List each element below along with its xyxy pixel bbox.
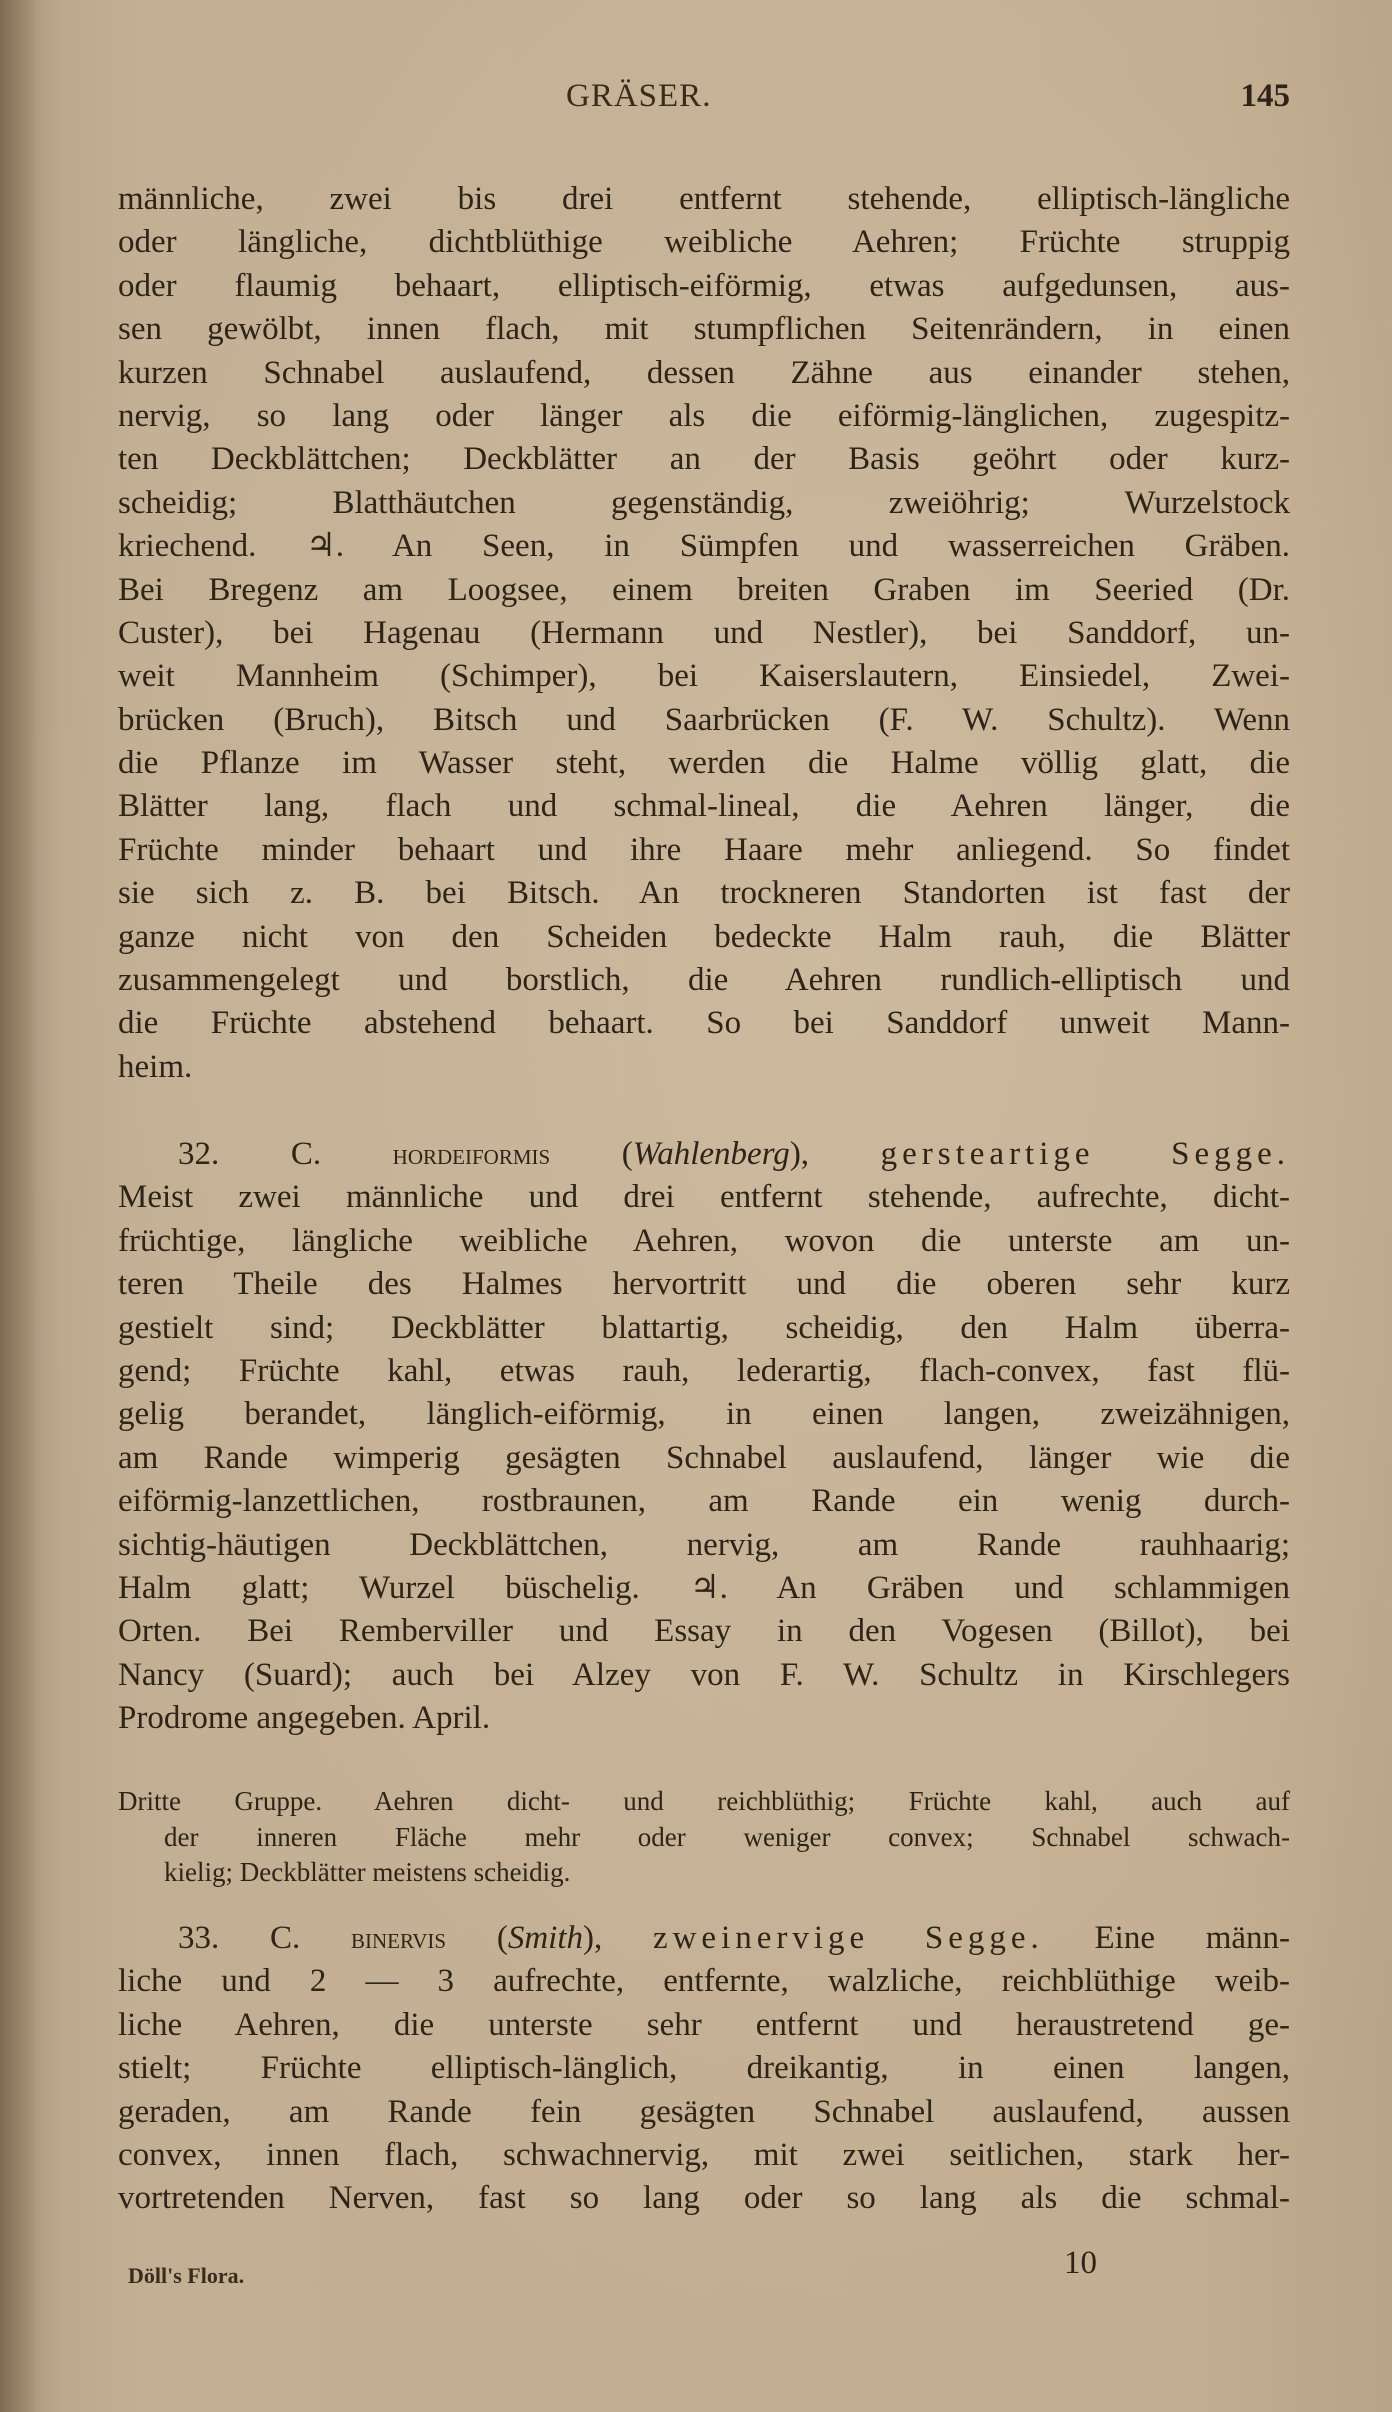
page-footer: Döll's Flora. 10 xyxy=(118,2245,1290,2295)
page-number: 145 xyxy=(1241,78,1291,115)
text-line: Bei Bregenz am Loogsee, einem breiten Gr… xyxy=(118,569,1290,612)
text-line: Nancy (Suard); auch bei Alzey von F. W. … xyxy=(118,1654,1290,1697)
species-name: binervis xyxy=(351,1922,446,1955)
text-line: kriechend. ♃. An Seen, in Sümpfen und wa… xyxy=(118,525,1290,568)
text-line: scheidig; Blatthäutchen gegenständig, zw… xyxy=(118,482,1290,525)
text-line: ganze nicht von den Scheiden bedeckte Ha… xyxy=(118,916,1290,959)
species-number: 32. C. xyxy=(178,1136,321,1172)
text-line: früchtige, längliche weibliche Aehren, w… xyxy=(118,1220,1290,1263)
text-line: gend; Früchte kahl, etwas rauh, lederart… xyxy=(118,1350,1290,1393)
page-gutter-edge xyxy=(0,0,38,2412)
text-line: teren Theile des Halmes hervortritt und … xyxy=(118,1263,1290,1306)
text-line: oder längliche, dichtblüthige weibliche … xyxy=(118,221,1290,264)
text-line: vortretenden Nerven, fast so lang oder s… xyxy=(118,2177,1290,2220)
text-line: sen gewölbt, innen flach, mit stumpflich… xyxy=(118,308,1290,351)
text-line: convex, innen flach, schwachnervig, mit … xyxy=(118,2134,1290,2177)
text-line: sie sich z. B. bei Bitsch. An trockneren… xyxy=(118,872,1290,915)
text-line: die Früchte abstehend behaart. So bei Sa… xyxy=(118,1002,1290,1045)
text-line: am Rande wimperig gesägten Schnabel ausl… xyxy=(118,1437,1290,1480)
text-line: die Pflanze im Wasser steht, werden die … xyxy=(118,742,1290,785)
text-line: weit Mannheim (Schimper), bei Kaiserslau… xyxy=(118,655,1290,698)
text-line: Blätter lang, flach und schmal-lineal, d… xyxy=(118,785,1290,828)
species-heading: 33. C. binervis (Smith), zweinervige Seg… xyxy=(118,1917,1290,1960)
text-line: Halm glatt; Wurzel büschelig. ♃. An Gräb… xyxy=(118,1567,1290,1610)
species-common-name: zweinervige Segge. xyxy=(653,1920,1044,1956)
species-name: hordeiformis xyxy=(393,1138,551,1171)
text-line: kielig; Deckblätter meistens scheidig. xyxy=(118,1855,1290,1891)
text-line: brücken (Bruch), Bitsch und Saarbrücken … xyxy=(118,699,1290,742)
text-line: Meist zwei männliche und drei entfernt s… xyxy=(118,1176,1290,1219)
species-32-entry: 32. C. hordeiformis (Wahlenberg), gerste… xyxy=(118,1133,1290,1740)
text-line: Custer), bei Hagenau (Hermann und Nestle… xyxy=(118,612,1290,655)
sheet-number: 10 xyxy=(1064,2245,1097,2282)
book-page: GRÄSER. 145 männliche, zwei bis drei ent… xyxy=(0,0,1392,2412)
text-line: heim. xyxy=(118,1046,1290,1089)
signature-mark: Döll's Flora. xyxy=(128,2263,244,2289)
text-line: Prodrome angegeben. April. xyxy=(118,1697,1290,1740)
text-line: ten Deckblättchen; Deckblätter an der Ba… xyxy=(118,438,1290,481)
text-line: Dritte Gruppe. Aehren dicht- und reichbl… xyxy=(118,1784,1290,1820)
text-line: der inneren Fläche mehr oder weniger con… xyxy=(118,1820,1290,1856)
text-line: stielt; Früchte elliptisch-länglich, dre… xyxy=(118,2047,1290,2090)
text-line: gelig berandet, länglich-eiförmig, in ei… xyxy=(118,1393,1290,1436)
continuation-paragraph: männliche, zwei bis drei entfernt stehen… xyxy=(118,178,1290,1089)
text-line: gestielt sind; Deckblätter blattartig, s… xyxy=(118,1307,1290,1350)
text-line: kurzen Schnabel auslaufend, dessen Zähne… xyxy=(118,352,1290,395)
text-line: liche und 2 — 3 aufrechte, entfernte, wa… xyxy=(118,1960,1290,2003)
running-head-title: GRÄSER. xyxy=(566,78,711,115)
text-line: Früchte minder behaart und ihre Haare me… xyxy=(118,829,1290,872)
group-note: Dritte Gruppe. Aehren dicht- und reichbl… xyxy=(118,1784,1290,1891)
species-common-name: gersteartige Segge. xyxy=(881,1136,1290,1172)
text-line: geraden, am Rande fein gesägten Schnabel… xyxy=(118,2091,1290,2134)
species-33-entry: 33. C. binervis (Smith), zweinervige Seg… xyxy=(118,1917,1290,2221)
text-line: zusammengelegt und borstlich, die Aehren… xyxy=(118,959,1290,1002)
text-fragment: Eine männ- xyxy=(1095,1920,1291,1956)
text-line: nervig, so lang oder länger als die eifö… xyxy=(118,395,1290,438)
text-line: männliche, zwei bis drei entfernt stehen… xyxy=(118,178,1290,221)
species-author: Smith xyxy=(508,1920,583,1956)
species-number: 33. C. xyxy=(178,1920,300,1956)
text-line: liche Aehren, die unterste sehr entfernt… xyxy=(118,2004,1290,2047)
text-line: sichtig-häutigen Deckblättchen, nervig, … xyxy=(118,1524,1290,1567)
text-line: oder flaumig behaart, elliptisch-eiförmi… xyxy=(118,265,1290,308)
running-head: GRÄSER. 145 xyxy=(118,78,1290,128)
text-line: eiförmig-lanzettlichen, rostbraunen, am … xyxy=(118,1480,1290,1523)
species-author: Wahlenberg xyxy=(633,1136,790,1172)
text-line: Orten. Bei Remberviller und Essay in den… xyxy=(118,1610,1290,1653)
species-heading: 32. C. hordeiformis (Wahlenberg), gerste… xyxy=(118,1133,1290,1176)
